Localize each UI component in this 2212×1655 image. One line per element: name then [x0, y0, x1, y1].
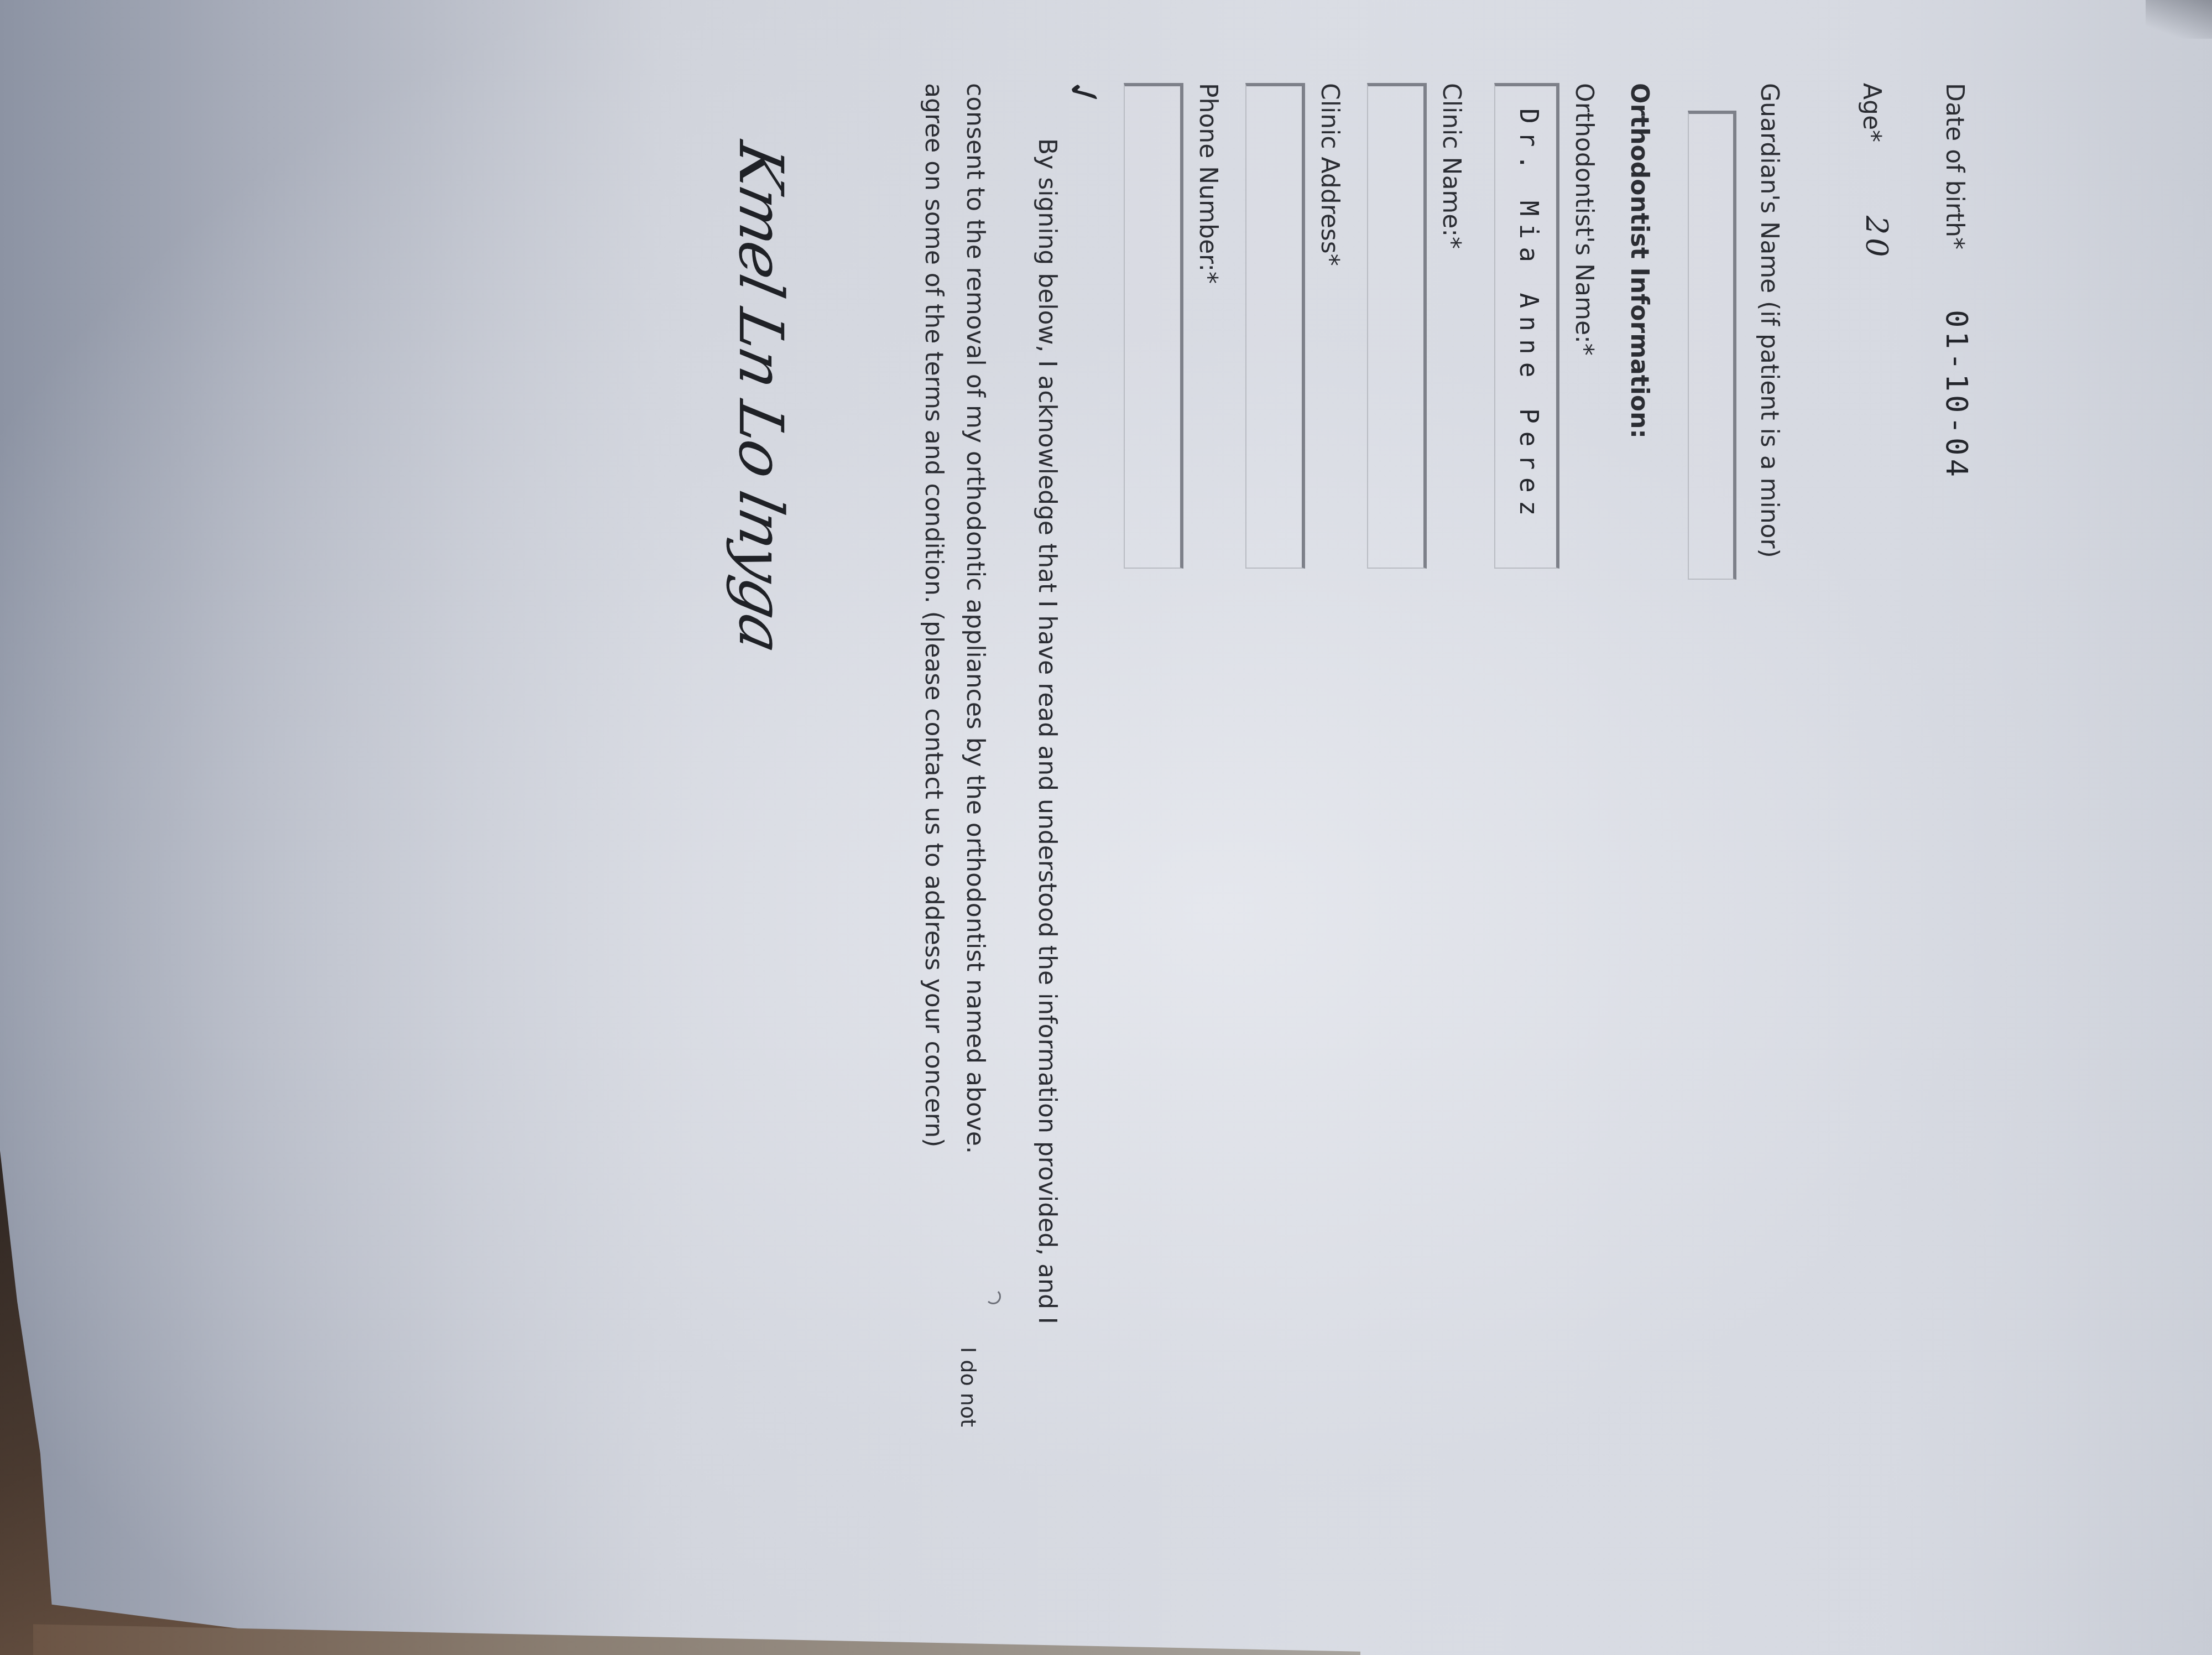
guardian-name-label: Guardian's Name (if patient is a minor) [1755, 83, 1783, 558]
age-value[interactable]: 20 [1859, 216, 1894, 261]
orthodontist-name-value: Dr. Mia Anne Perez [1514, 108, 1544, 524]
clinic-address-label: Clinic Address* [1316, 83, 1344, 266]
disagree-radio[interactable] [985, 1289, 1001, 1304]
phone-number-label: Phone Number:* [1194, 83, 1222, 284]
signature[interactable]: Kmel Ln Lo lnyga [726, 136, 796, 657]
consent-line-3: agree on some of the terms and condition… [921, 83, 946, 1147]
clinic-name-field[interactable] [1367, 83, 1427, 569]
date-of-birth-label: Date of birth* [1940, 83, 1969, 249]
orthodontist-name-label: Orthodontist's Name:* [1570, 83, 1598, 356]
orthodontist-name-field[interactable]: Dr. Mia Anne Perez [1494, 83, 1559, 569]
orthodontist-info-heading: Orthodontist Information: [1625, 83, 1653, 439]
consent-line-1: By signing below, I acknowledge that I h… [1035, 138, 1059, 1324]
disagree-label: I do not [958, 1347, 979, 1427]
consent-line-2: consent to the removal of my orthodontic… [963, 83, 987, 1154]
clinic-name-label: Clinic Name:* [1437, 83, 1465, 249]
date-of-birth-value[interactable]: 01-10-04 [1939, 310, 1974, 480]
phone-number-field[interactable] [1124, 83, 1183, 569]
age-label: Age* [1858, 83, 1886, 142]
agree-radio-checkmark[interactable]: ✓ [1056, 71, 1110, 117]
guardian-name-field[interactable] [1688, 111, 1736, 580]
consent-form: Date of birth* 01-10-04 Age* 20 Guardian… [0, 0, 2212, 1655]
clinic-address-field[interactable] [1245, 83, 1305, 569]
